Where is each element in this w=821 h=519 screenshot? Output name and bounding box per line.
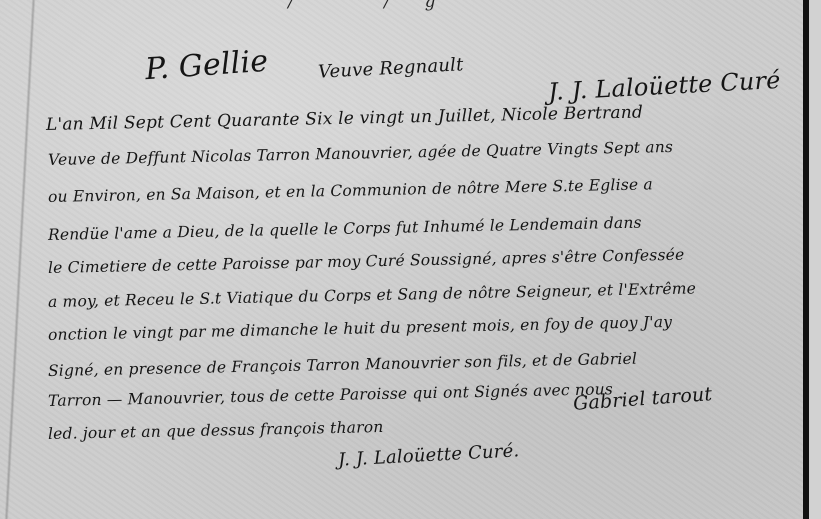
record-line: ou Environ, en Sa Maison, et en la Commu… [48,175,653,206]
page-edge [809,0,821,519]
margin-note: Veuve Regnault [318,54,464,83]
priest-signature-closing: J. J. Laloüette Curé. [338,440,520,470]
priest-signature-header: J. J. Laloüette Curé [547,66,781,106]
top-ink-fragment: / [384,0,389,11]
top-ink-fragment: / [288,0,293,11]
record-line: onction le vingt par me dimanche le huit… [48,313,673,344]
record-line: Rendüe l'ame a Dieu, de la quelle le Cor… [48,214,642,244]
document-scan: / / g P. Gellie Veuve Regnault J. J. Lal… [0,0,821,519]
record-line: Signé, en presence de François Tarron Ma… [48,350,637,380]
record-line: led. jour et an que dessus françois thar… [48,418,384,443]
page-fold-line [4,0,35,519]
record-line: le Cimetiere de cette Paroisse par moy C… [48,246,685,277]
margin-name: P. Gellie [144,44,269,88]
record-line: a moy, et Receu le S.t Viatique du Corps… [48,279,696,311]
record-line: Veuve de Deffunt Nicolas Tarron Manouvri… [48,138,673,169]
record-line: L'an Mil Sept Cent Quarante Six le vingt… [46,102,643,134]
top-ink-fragment: g [425,0,435,11]
record-line: Tarron — Manouvrier, tous de cette Paroi… [48,380,613,410]
